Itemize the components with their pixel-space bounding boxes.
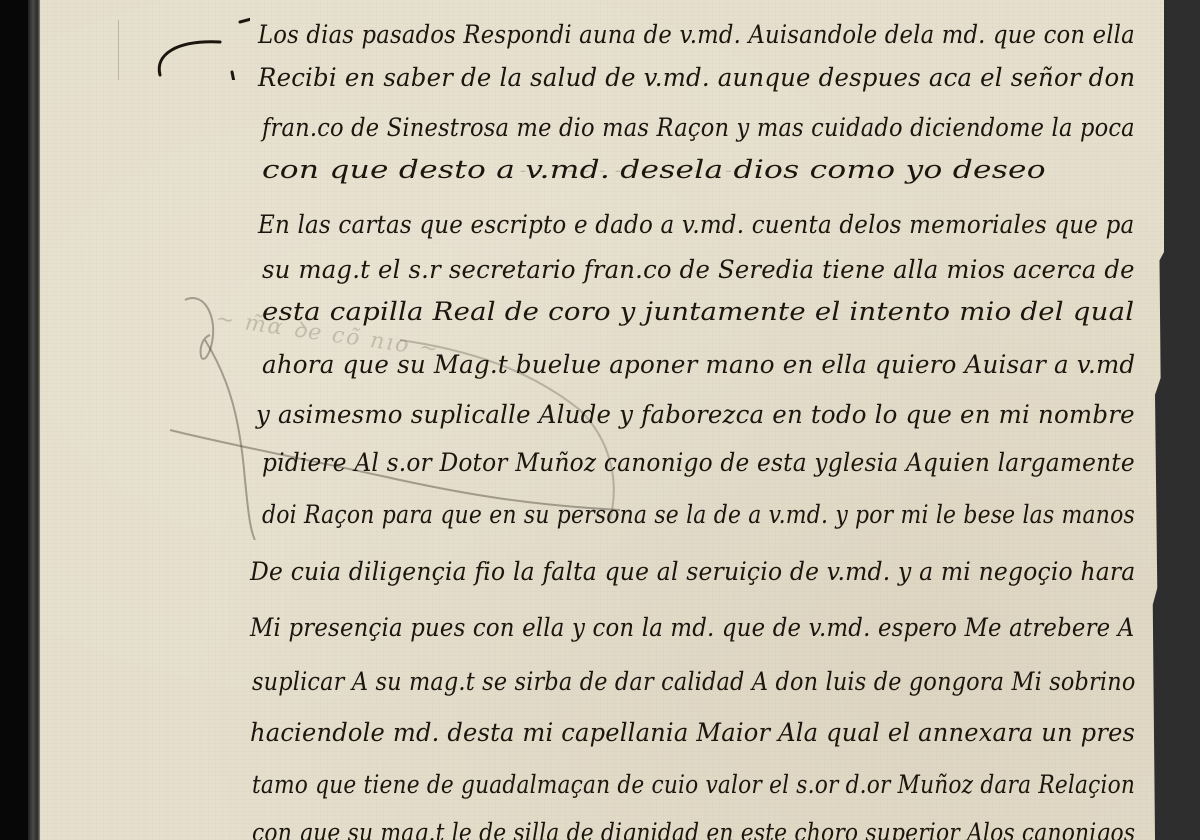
binding-edge <box>28 0 40 840</box>
manuscript-line-13: Mi presençia pues con ella y con la md. … <box>250 613 1134 642</box>
manuscript-line-4: con que desto a v.md. desela dios como y… <box>262 155 1046 184</box>
manuscript-line-2: Recibi en saber de la salud de v.md. aun… <box>258 63 1135 92</box>
manuscript-line-14: suplicar A su mag.t se sirba de dar cali… <box>252 667 1135 696</box>
manuscript-scan: ~ m̃ɑ ꝺe cõ nıo ~ - - - - - - - - - - - … <box>0 0 1200 840</box>
fold-crease <box>118 20 119 80</box>
manuscript-line-6: su mag.t el s.r secretario fran.co de Se… <box>262 255 1135 284</box>
manuscript-line-7: esta capilla Real de coro y juntamente e… <box>262 297 1134 326</box>
manuscript-line-16: tamo que tiene de guadalmaçan de cuio va… <box>252 770 1135 799</box>
paragraph-flourish-icon <box>150 10 250 80</box>
manuscript-line-11: doi Raçon para que en su persona se la d… <box>262 500 1135 529</box>
manuscript-line-15: haciendole md. desta mi capellania Maior… <box>250 718 1135 747</box>
manuscript-line-3: fran.co de Sinestrosa me dio mas Raçon y… <box>262 113 1135 142</box>
manuscript-line-17: con que su mag.t le de silla de dignidad… <box>252 818 1135 840</box>
manuscript-line-1: Los dias pasados Respondi auna de v.md. … <box>258 20 1135 49</box>
manuscript-line-12: De cuia diligençia fio la falta que al s… <box>250 557 1135 586</box>
manuscript-line-5: En las cartas que escripto e dado a v.md… <box>258 210 1134 239</box>
manuscript-line-10: pidiere Al s.or Dotor Muñoz canonigo de … <box>262 448 1135 477</box>
manuscript-line-8: ahora que su Mag.t buelue aponer mano en… <box>262 350 1135 379</box>
binding-strip <box>0 0 28 840</box>
manuscript-line-9: y asimesmo suplicalle Alude y faborezca … <box>256 400 1135 429</box>
